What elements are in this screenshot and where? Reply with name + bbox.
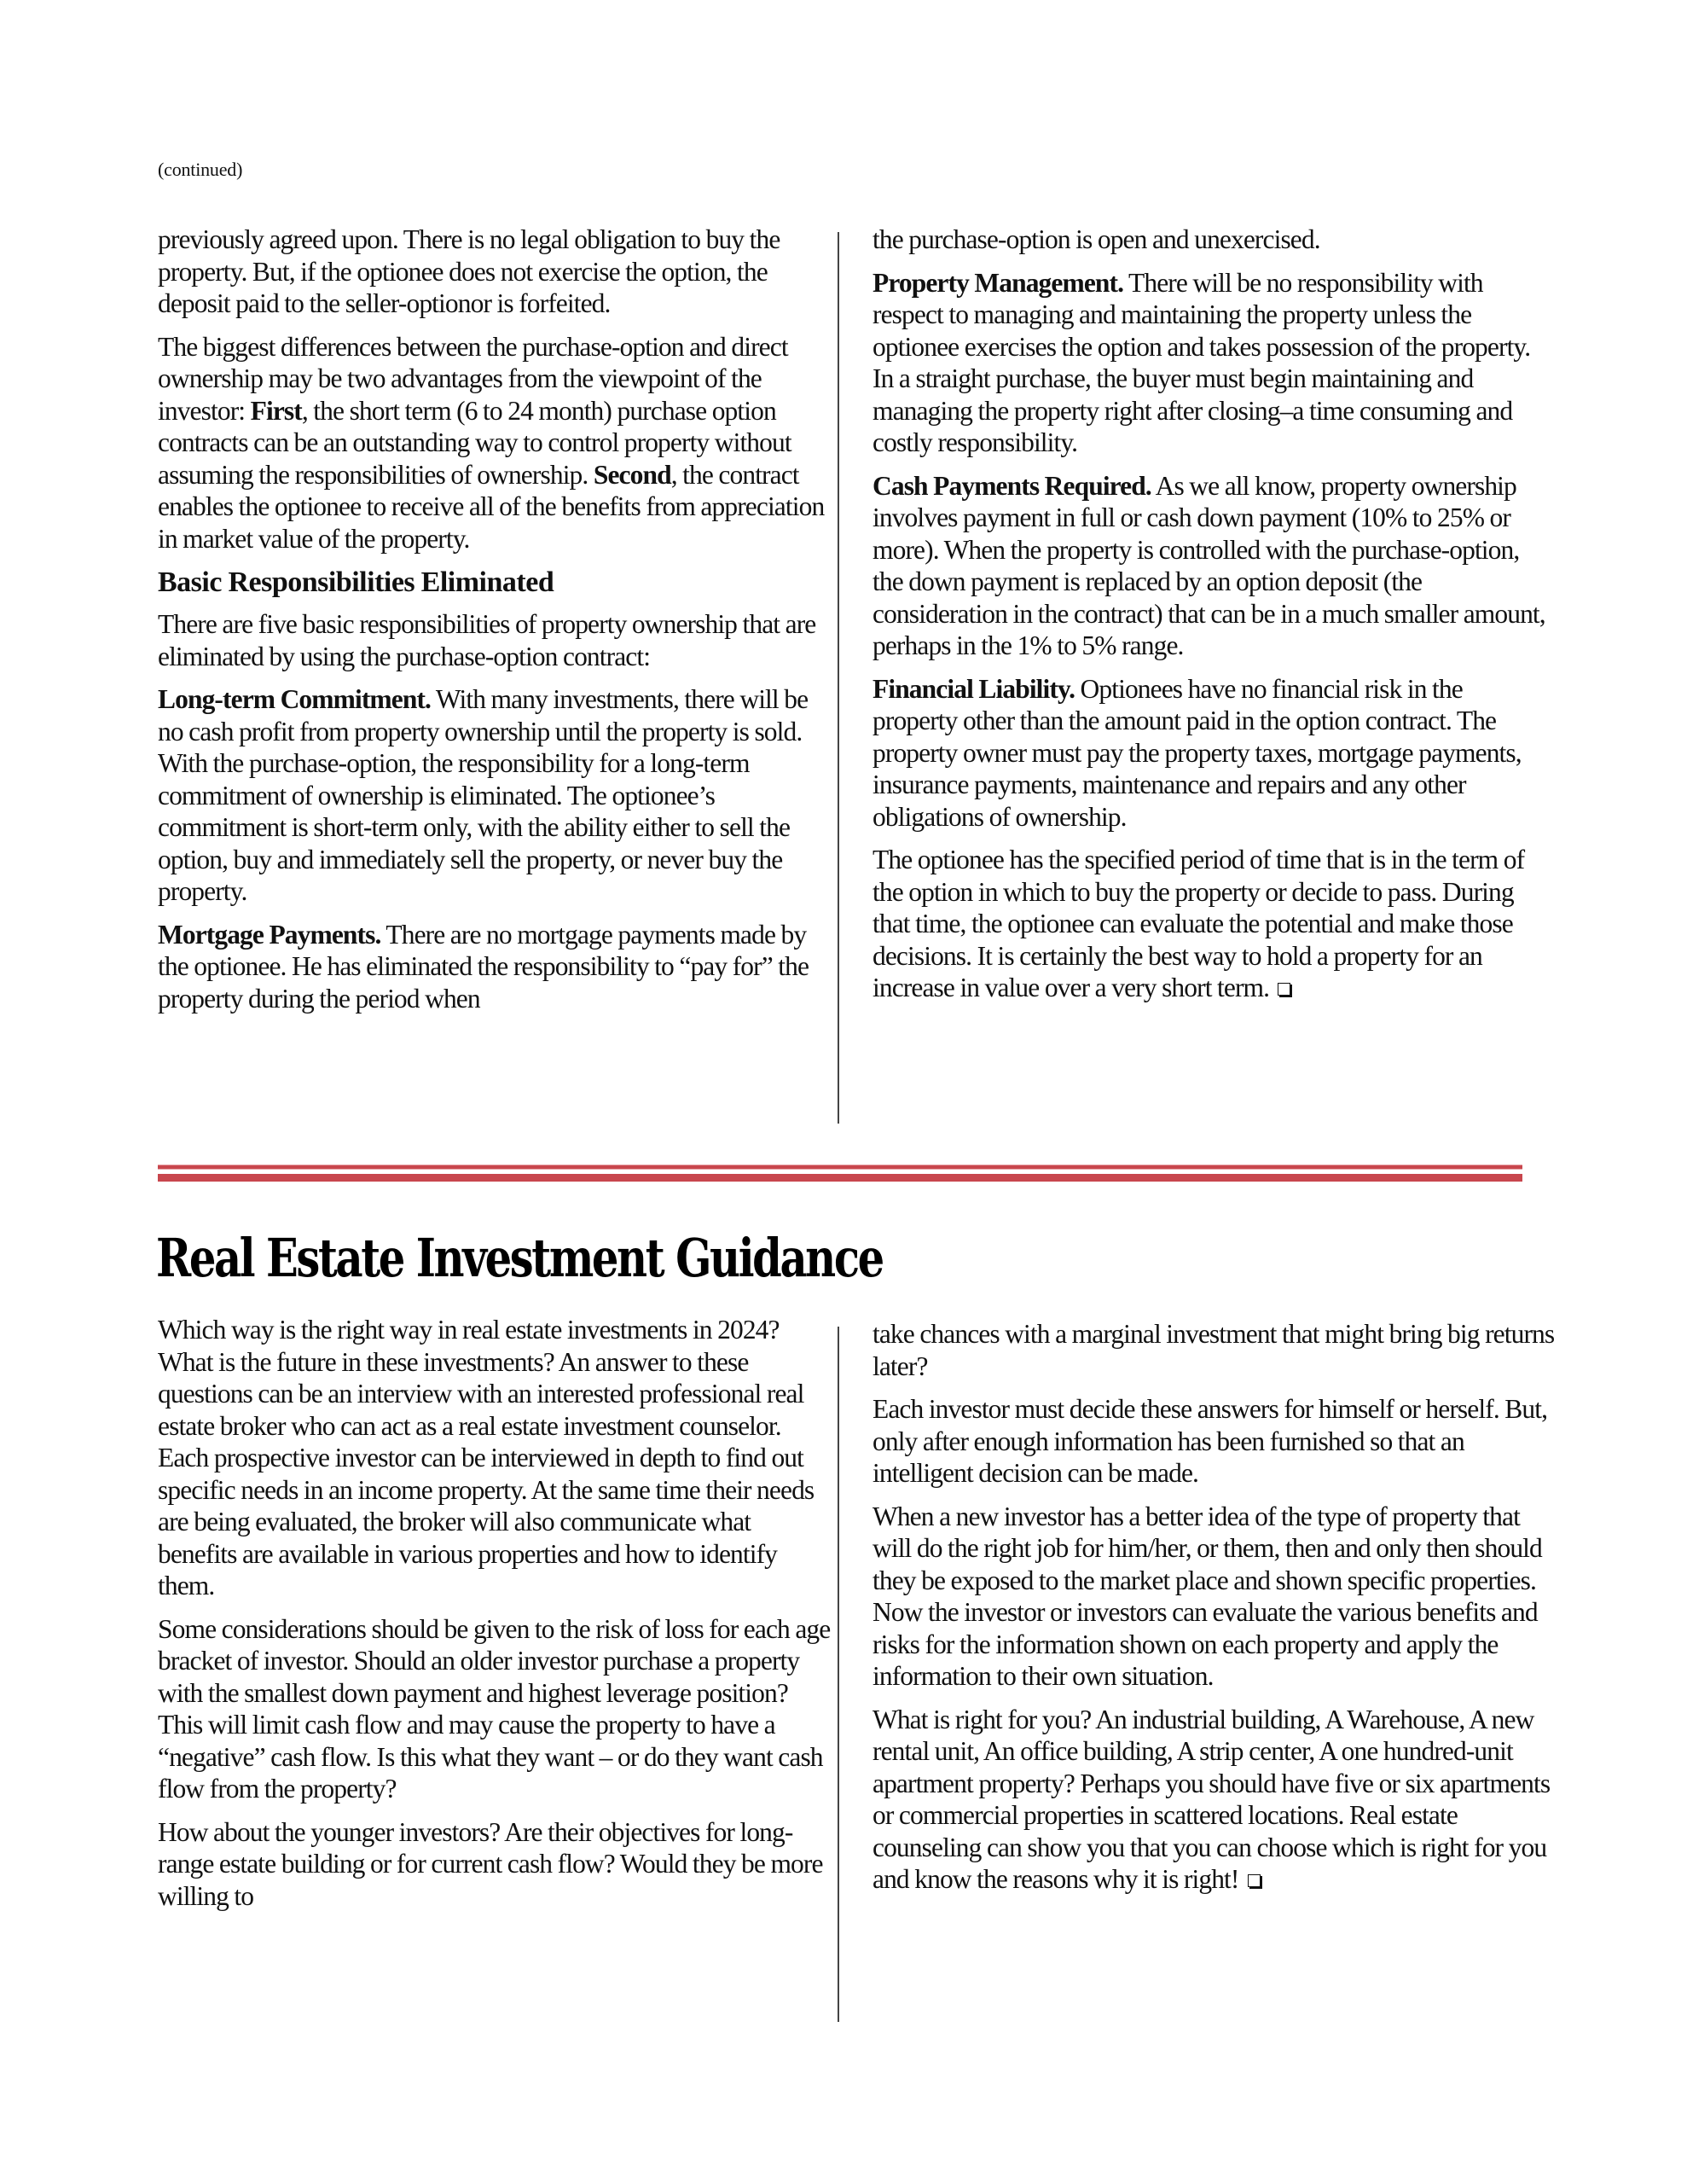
text-run: The optionee has the specified period of… — [872, 845, 1524, 1002]
end-of-article-icon — [1248, 1874, 1261, 1887]
article1-right-column: the purchase-option is open and unexerci… — [872, 224, 1546, 1015]
subheading: Basic Responsibilities Eliminated — [158, 566, 832, 600]
section-rule-thin — [158, 1165, 1522, 1169]
paragraph: The optionee has the specified period of… — [872, 844, 1546, 1004]
paragraph: previously agreed upon. There is no lega… — [158, 224, 832, 320]
end-of-article-icon — [1278, 983, 1290, 996]
article2-right-column: take chances with a marginal investment … — [872, 1318, 1555, 1907]
paragraph: How about the younger investors? Are the… — [158, 1816, 832, 1913]
run-in-heading: Financial Liability. — [872, 674, 1075, 704]
paragraph: Mortgage Payments. There are no mortgage… — [158, 919, 832, 1015]
run-in-heading: Property Management. — [872, 268, 1123, 298]
paragraph: Long-term Commitment. With many investme… — [158, 683, 832, 908]
run-in-heading: Mortgage Payments. — [158, 920, 380, 950]
text-run: With many investments, there will be no … — [158, 684, 808, 906]
article1-left-column: previously agreed upon. There is no lega… — [158, 224, 832, 1025]
paragraph: What is right for you? An industrial bui… — [872, 1704, 1555, 1896]
article-title: Real Estate Investment Guidance — [156, 1228, 883, 1288]
paragraph: There are five basic responsibilities of… — [158, 608, 832, 672]
paragraph: take chances with a marginal investment … — [872, 1318, 1555, 1382]
text-run: What is right for you? An industrial bui… — [872, 1705, 1550, 1895]
paragraph: Property Management. There will be no re… — [872, 267, 1546, 459]
paragraph: The biggest differences between the purc… — [158, 331, 832, 555]
paragraph: Financial Liability. Optionees have no f… — [872, 673, 1546, 834]
article2-left-column: Which way is the right way in real estat… — [158, 1314, 832, 1923]
paragraph: Some considerations should be given to t… — [158, 1613, 832, 1805]
paragraph: Cash Payments Required. As we all know, … — [872, 470, 1546, 662]
emphasis-second: Second — [594, 460, 671, 490]
section-rule-thick — [158, 1174, 1522, 1182]
paragraph: Which way is the right way in real estat… — [158, 1314, 832, 1602]
column-divider — [838, 232, 839, 1124]
column-divider — [838, 1327, 839, 2022]
paragraph: When a new investor has a better idea of… — [872, 1501, 1555, 1693]
emphasis-first: First — [251, 396, 302, 426]
paragraph: Each investor must decide these answers … — [872, 1393, 1555, 1490]
run-in-heading: Long-term Commitment. — [158, 684, 431, 714]
run-in-heading: Cash Payments Required. — [872, 471, 1151, 501]
continued-label: (continued) — [158, 159, 242, 181]
paragraph: the purchase-option is open and unexerci… — [872, 224, 1546, 256]
